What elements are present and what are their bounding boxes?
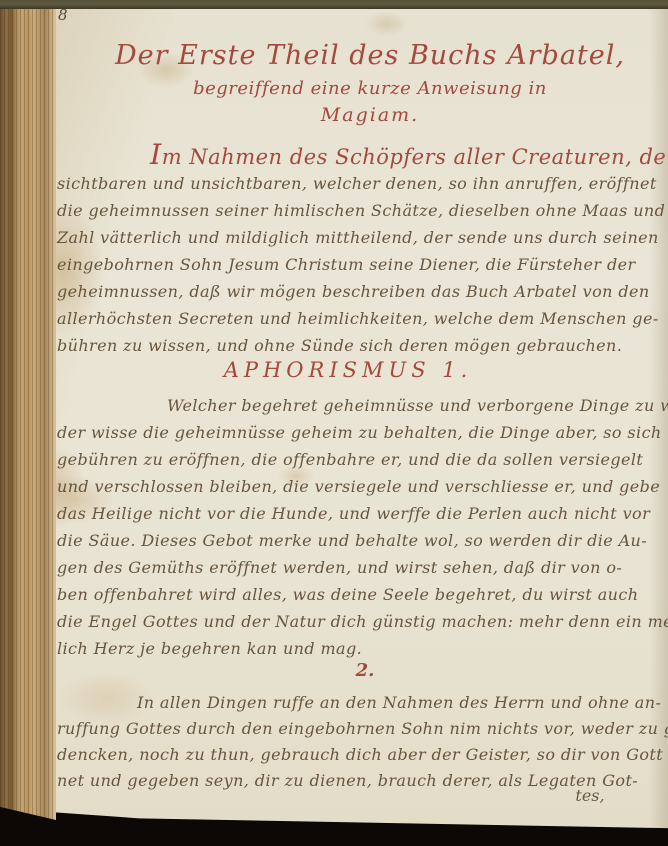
manuscript-line: ruffung Gottes durch den eingebohrnen So… xyxy=(57,716,657,742)
manuscript-line: ben offenbahret wird alles, was deine Se… xyxy=(57,581,657,608)
title: Der Erste Theil des Buchs Arbatel, xyxy=(90,36,650,76)
manuscript-line: gebühren zu eröffnen, die offenbahre er,… xyxy=(57,446,657,473)
subtitle-magiam: Magiam. xyxy=(90,102,650,128)
aphorism-heading: APHORISMUS 1. xyxy=(58,358,638,382)
subtitle: begreiffend eine kurze Anweisung in xyxy=(90,76,650,102)
manuscript-line: das Heilige nicht vor die Hunde, und wer… xyxy=(57,500,657,527)
manuscript-line: gen des Gemüths eröffnet werden, und wir… xyxy=(57,554,657,581)
manuscript-line: und verschlossen bleiben, die versiegele… xyxy=(57,473,657,500)
manuscript-text-layer: 8 Der Erste Theil des Buchs Arbatel, beg… xyxy=(0,0,668,846)
manuscript-scan: 8 Der Erste Theil des Buchs Arbatel, beg… xyxy=(0,0,668,846)
manuscript-line: bühren zu wissen, und ohne Sünde sich de… xyxy=(57,332,657,359)
page-number: 8 xyxy=(58,6,68,24)
manuscript-line: Zahl vätterlich und mildiglich mittheile… xyxy=(57,224,657,251)
invocation-paragraph: sichtbaren und unsichtbaren, welcher den… xyxy=(57,170,657,359)
manuscript-line: geheimnussen, daß wir mögen beschreiben … xyxy=(57,278,657,305)
manuscript-line: lich Herz je begehren kan und mag. xyxy=(57,635,657,662)
section-number: 2. xyxy=(60,660,668,681)
manuscript-line: In allen Dingen ruffe an den Nahmen des … xyxy=(57,690,657,716)
aphorism-1-paragraph: Welcher begehret geheimnüsse und verborg… xyxy=(57,392,657,662)
manuscript-line: die Engel Gottes und der Natur dich güns… xyxy=(57,608,657,635)
manuscript-line: dencken, noch zu thun, gebrauch dich abe… xyxy=(57,742,657,768)
invocation-opening: Im Nahmen des Schöpfers aller Creaturen,… xyxy=(150,138,650,171)
manuscript-line: Welcher begehret geheimnüsse und verborg… xyxy=(57,392,657,419)
manuscript-line: die Säue. Dieses Gebot merke und behalte… xyxy=(57,527,657,554)
aphorism-2-paragraph: In allen Dingen ruffe an den Nahmen des … xyxy=(57,690,657,794)
title-block: Der Erste Theil des Buchs Arbatel, begre… xyxy=(90,36,650,128)
manuscript-line: der wisse die geheimnüsse geheim zu beha… xyxy=(57,419,657,446)
catchword: tes, xyxy=(540,786,640,805)
manuscript-line: allerhöchsten Secreten und heimlichkeite… xyxy=(57,305,657,332)
manuscript-line: die geheimnussen seiner himlischen Schät… xyxy=(57,197,657,224)
manuscript-line: sichtbaren und unsichtbaren, welcher den… xyxy=(57,170,657,197)
manuscript-line: eingebohrnen Sohn Jesum Christum seine D… xyxy=(57,251,657,278)
